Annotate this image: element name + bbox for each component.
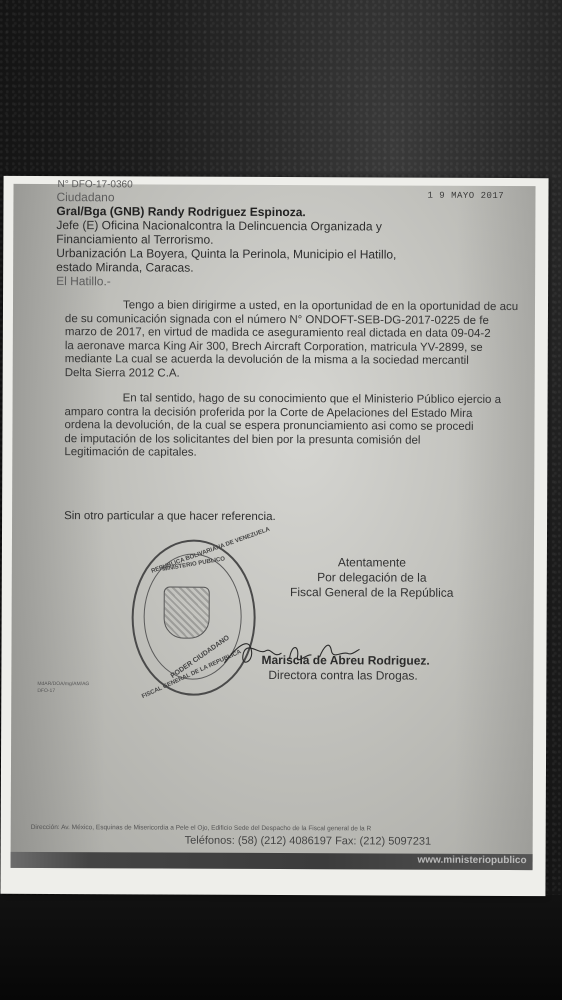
paragraph-line: mediante La cual se acuerda la devolució… — [65, 353, 535, 369]
recipient-title-line1: Jefe (E) Oficina Nacionalcontra la Delin… — [56, 218, 382, 233]
initials-mark: MdAR/DOA/mg/AM/AG DFO-17 — [37, 681, 89, 695]
paragraph-line: Delta Sierra 2012 C.A. — [65, 367, 535, 383]
footer-address: Dirección: Av. México, Esquinas de Miser… — [31, 824, 371, 832]
signer-role: Directora contra las Drogas. — [268, 668, 417, 683]
recipient-address-line2: estado Miranda, Caracas. — [56, 260, 193, 275]
closing-word: Atentamente — [252, 555, 492, 571]
body-paragraph-1: Tengo a bien dirigirme a usted, en la op… — [65, 299, 535, 382]
coat-of-arms-icon — [164, 587, 210, 639]
leather-background-bottom — [0, 895, 562, 1000]
delegation-line: Por delegación de la — [252, 570, 492, 586]
signature-block: Atentamente Por delegación de la Fiscal … — [252, 555, 492, 601]
salutation: Ciudadano — [56, 190, 114, 204]
paragraph-line: En tal sentido, hago de su conocimiento … — [65, 392, 535, 408]
date-stamp: 1 9 MAYO 2017 — [427, 191, 504, 201]
paragraph-line: ordena la devolución, de la cual se espe… — [64, 419, 534, 435]
paragraph-line: Legitimación de capitales. — [64, 446, 534, 462]
initials-line: DFO-17 — [37, 688, 89, 695]
paragraph-line: marzo de 2017, en virtud de madida ce as… — [65, 326, 535, 342]
authority-line: Fiscal General de la República — [252, 585, 492, 601]
paragraph-line: Tengo a bien dirigirme a usted, en la op… — [65, 299, 535, 315]
recipient-name: Gral/Bga (GNB) Randy Rodriguez Espinoza. — [56, 204, 305, 219]
recipient-city: El Hatillo.- — [56, 274, 111, 288]
recipient-title-line2: Financiamiento al Terrorismo. — [56, 232, 213, 247]
body-paragraph-2: En tal sentido, hago de su conocimiento … — [64, 392, 534, 462]
recipient-address-line1: Urbanización La Boyera, Quinta la Perino… — [56, 246, 396, 261]
photocopy-area: N° DFO-17-0360 1 9 MAYO 2017 Ciudadano G… — [11, 184, 536, 870]
signer-name: Mariscla de Abreu Rodriguez. — [261, 653, 429, 668]
footer-website: www.ministeriopublico — [417, 855, 526, 866]
footer-phones: Teléfonos: (58) (212) 4086197 Fax: (212)… — [185, 835, 432, 848]
letter-sheet: N° DFO-17-0360 1 9 MAYO 2017 Ciudadano G… — [0, 176, 548, 896]
closing-line: Sin otro particular a que hacer referenc… — [64, 509, 276, 524]
footer-bar: www.ministeriopublico — [11, 852, 533, 870]
